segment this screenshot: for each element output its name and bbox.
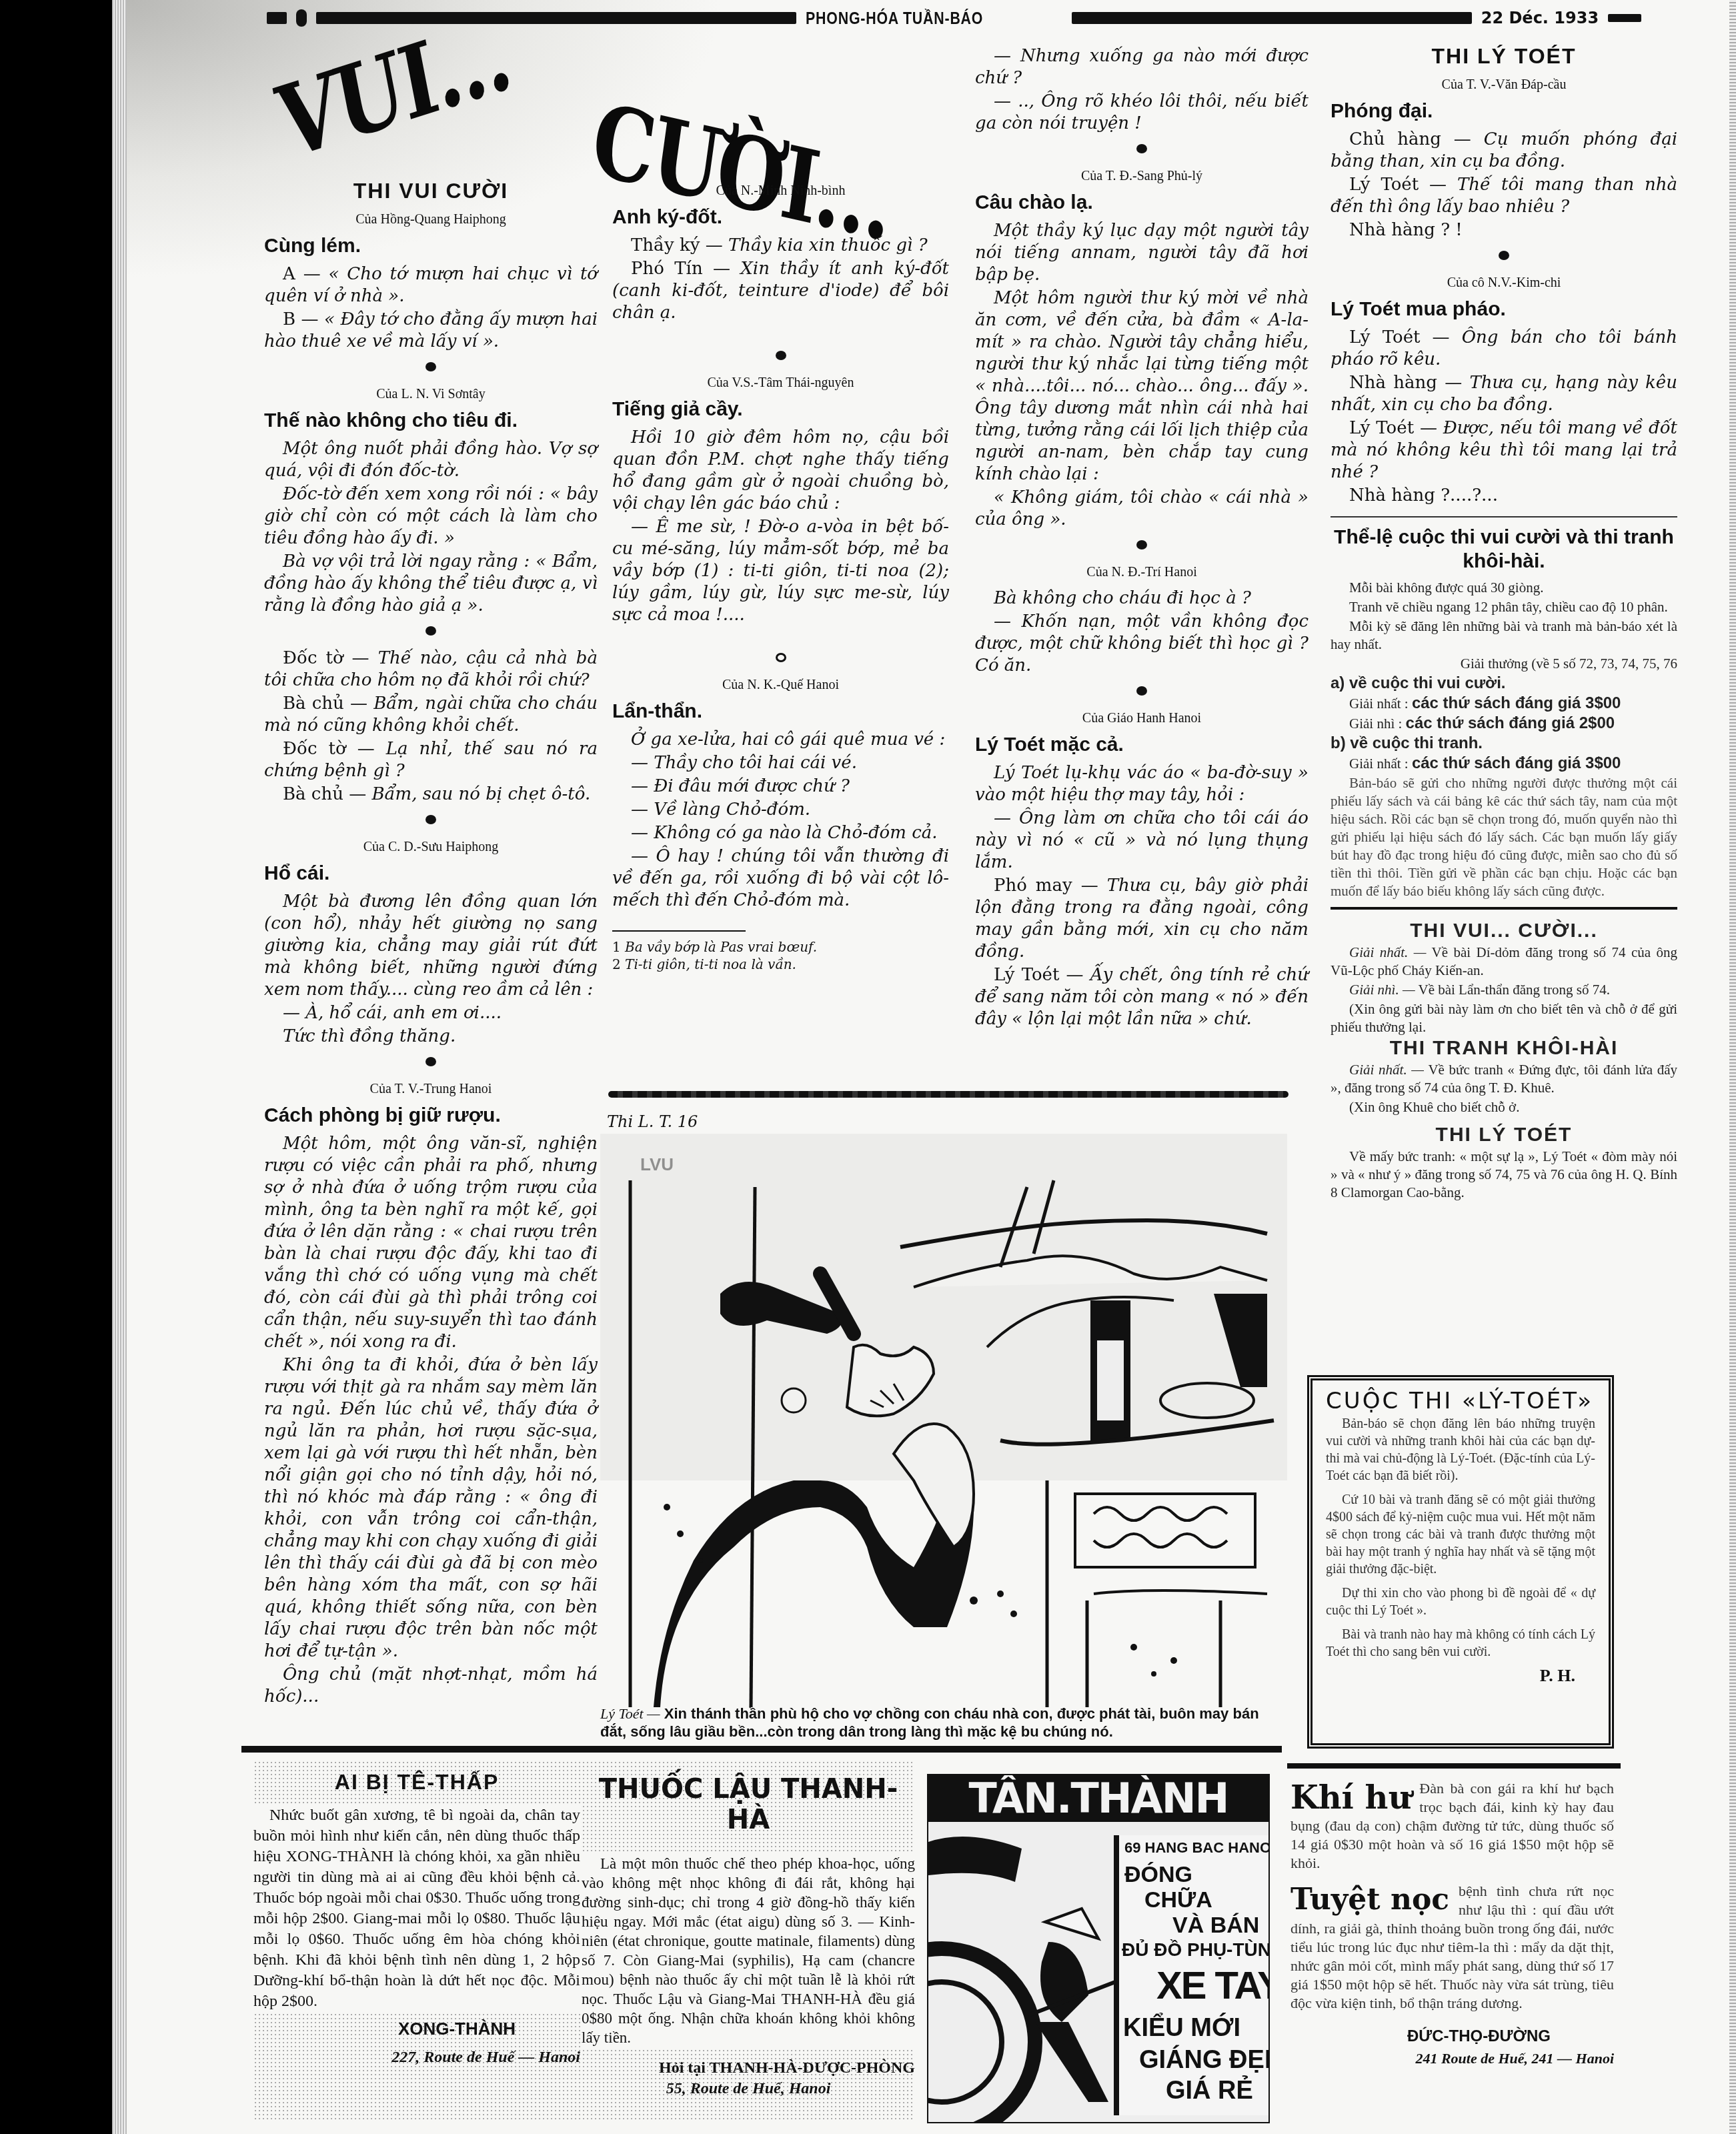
story-title: Cách phòng bị giữ rượu. — [264, 1104, 598, 1126]
ad-address: 69 HANG BAC HANOI — [1124, 1839, 1270, 1857]
paragraph: Đốc-tờ đến xem xong rồi nói : « bây giờ … — [264, 483, 598, 550]
dialogue: Bẩm, sau nó bị chẹt ô-tô. — [371, 784, 590, 804]
notice-paragraph: Cứ 10 bài và tranh đăng sẽ có một giải t… — [1326, 1491, 1595, 1578]
result-text: Về bài Lẩn-thẩn đăng trong số 74. — [1418, 982, 1610, 998]
speaker: B — — [283, 309, 319, 329]
rule-item: Mỗi kỳ sẽ đăng lên những bài và tranh mà… — [1331, 618, 1677, 654]
prize-value: các thứ sách đáng giá 2$00 — [1406, 714, 1615, 732]
story-title: Hổ cái. — [264, 862, 598, 884]
ad-address: 55, Route de Huế, Hanoi — [582, 2080, 915, 2098]
story-title: Cùng lém. — [264, 235, 598, 257]
byline: Của Giáo Hanh Hanoi — [975, 708, 1309, 730]
cartoon-caption: Lý Toét — Xin thánh thần phù hộ cho vợ c… — [600, 1705, 1280, 1741]
ad-thanh-ha: THUỐC LẬU THANH-HÀ Là một môn thuốc chế … — [582, 1761, 915, 2121]
speaker: Chủ hàng — — [1349, 129, 1471, 149]
paragraph: Ông chủ (mặt nhợt-nhạt, mồm há hốc)... — [264, 1664, 598, 1708]
story-title: Phóng đại. — [1331, 100, 1677, 122]
paragraph: — Thầy cho tôi hai cái vé. — [612, 752, 949, 774]
ad-line: ĐÓNG — [1124, 1862, 1192, 1888]
story-title: Thế nào không cho tiêu đi. — [264, 409, 598, 431]
ad-heading: Tuyệt nọc — [1290, 1882, 1449, 1918]
speaker: Lý Toét — — [1349, 175, 1447, 195]
story-title: Lẩn-thẩn. — [612, 700, 949, 722]
result-text: Về mấy bức tranh: « một sự lạ », Lý Toét… — [1331, 1148, 1677, 1202]
byline: Của N. Đ.-Trí Hanoi — [975, 562, 1309, 584]
footnote-text: Ti-ti giôn, ti-ti noa là vần. — [625, 956, 796, 972]
ad-body: Là một môn thuốc chế theo phép khoa-học,… — [582, 1854, 915, 2047]
rules-section: Thể-lệ cuộc thi vui cười và thi tranh kh… — [1331, 516, 1677, 900]
story-title: Tiếng giả cầy. — [612, 398, 949, 420]
ads-top-rule — [241, 1746, 1282, 1753]
ad-title: THUỐC LẬU THANH-HÀ — [582, 1774, 915, 1835]
masthead-rule-left — [316, 12, 796, 24]
paragraph: Bà vợ vội trả lời ngay rằng : « Bẩm, đồn… — [264, 551, 598, 617]
result-label: Giải nhất. — — [1349, 1062, 1424, 1078]
ad-tan-thanh: TÂN.THÀNH 69 HANG BAC HANOI ĐÓNG CHỮA VÀ… — [927, 1774, 1270, 2123]
speaker: A — — [283, 264, 321, 284]
speaker: Bà chủ — — [283, 784, 366, 804]
cartoon-drawing — [600, 1134, 1287, 1707]
prize-label: Giải nhất : — [1349, 696, 1409, 712]
speaker: Nhà hàng ?....?... — [1349, 485, 1498, 505]
paragraph: Lý Toét lụ-khụ vác áo « ba-đờ-suy » vào … — [975, 762, 1309, 806]
story-title: Câu chào lạ. — [975, 191, 1309, 213]
ad-duc-tho-duong: Khí hư Đàn bà con gái ra khí hư bạch trọ… — [1290, 1779, 1614, 2134]
footnote-text: Ba vầy bớp là Pas vrai bœuf. — [625, 939, 817, 955]
masthead-end-ornament — [1608, 14, 1641, 22]
result-label: Giải nhất. — — [1349, 944, 1426, 960]
paragraph: — Ông làm ơn chữa cho tôi cái áo này vì … — [975, 808, 1309, 874]
separator-dot — [1136, 540, 1147, 550]
notice-paragraph: Dự thi xin cho vào phong bì đề ngoài để … — [1326, 1584, 1595, 1619]
ad-brand: ĐỨC-THỌ-ĐƯỜNG — [1344, 2027, 1614, 2046]
masthead-dot — [296, 9, 307, 27]
byline: Của T. Đ.-Sang Phủ-lý — [975, 165, 1309, 187]
paragraph: — Về làng Chỏ-đóm. — [612, 799, 949, 821]
paragraph: — .., Ông rõ khéo lôi thôi, nếu biết ga … — [975, 91, 1309, 135]
speaker: Lý Toét — — [1349, 418, 1437, 438]
byline: Của cô N.V.-Kim-chi — [1331, 272, 1677, 294]
byline: Của T. V.-Văn Đáp-cầu — [1331, 74, 1677, 96]
paragraph: Bà không cho cháu đi học à ? — [975, 588, 1309, 610]
separator-dot — [425, 815, 436, 824]
footnote-number: 1 — [612, 939, 621, 955]
rule-item: Tranh vẽ chiều ngang 12 phân tây, chiều … — [1331, 598, 1677, 616]
scan-black-margin — [0, 0, 112, 2134]
column-1: THI VUI CƯỜI Của Hồng-Quang Haiphong Cùn… — [264, 180, 598, 1709]
paragraph: Một hôm người thư ký mời về nhà ăn cơm, … — [975, 287, 1309, 485]
separator-dot — [1136, 686, 1147, 696]
speaker: Đốc tờ — — [283, 648, 369, 668]
prize-value: các thứ sách đáng giá 3$00 — [1412, 694, 1621, 712]
result-heading: THI LÝ TOÉT — [1331, 1126, 1677, 1144]
paragraph: — Khốn nạn, một vần không đọc được, một … — [975, 611, 1309, 677]
separator-dot — [776, 351, 786, 360]
paragraph: — Ê me sừ, ! Đờ-o a-vòa in bệt bố-cu mé-… — [612, 516, 949, 626]
section-heading: THI LÝ TOÉT — [1331, 45, 1677, 67]
rules-closing: Bản-báo sẽ gửi cho những người được thưở… — [1331, 774, 1677, 900]
paragraph: Một bà đương lên đồng quan lớn (con hổ),… — [264, 891, 598, 1001]
speaker: Thầy ký — — [631, 235, 723, 255]
speaker: Bà chủ — — [283, 694, 367, 714]
result-heading: THI VUI... CƯỜI... — [1331, 922, 1677, 940]
paragraph: Một thầy ký lục dạy một người tây nói ti… — [975, 220, 1309, 286]
paragraph: — Ô hay ! chúng tôi vẫn thường đi về đến… — [612, 846, 949, 912]
masthead-ornament — [267, 12, 287, 24]
prize-category: a) về cuộc thi vui cười. — [1331, 674, 1506, 692]
story-title: Lý Toét mua pháo. — [1331, 298, 1677, 320]
paragraph: Một ông nuốt phải đồng hào. Vợ sợ quá, v… — [264, 438, 598, 482]
prizes-intro: Giải thưởng (về 5 số 72, 73, 74, 75, 76 — [1331, 655, 1677, 673]
speaker: Lý Toét — — [1349, 327, 1450, 347]
ad-xong-thanh: AI BỊ TÊ-THẤP Nhức buốt gân xương, tê bì… — [253, 1761, 580, 2121]
ad-line: GIÁ RẺ — [1166, 2077, 1253, 2105]
notice-paragraph: Bài và tranh nào hay mà không có tính cá… — [1326, 1626, 1595, 1661]
rule-item: Mỗi bài không được quá 30 giòng. — [1331, 579, 1677, 597]
section-heading: THI VUI CƯỜI — [264, 180, 598, 202]
masthead-rule-right — [1072, 12, 1472, 24]
paragraph: Ở ga xe-lửa, hai cô gái quê mua vé : — [612, 729, 949, 751]
scan-right-edge — [1729, 0, 1736, 2134]
speaker: Nhà hàng ? ! — [1349, 220, 1463, 240]
issue-date: 22 Déc. 1933 — [1481, 9, 1599, 27]
ad-address: 227, Route de Huế — Hanoi — [253, 2049, 580, 2067]
speaker: Nhà hàng — — [1349, 373, 1462, 393]
ad-line: CHỮA — [1144, 1887, 1212, 1913]
separator-dot — [425, 626, 436, 636]
ad-line: VÀ BÁN — [1172, 1913, 1259, 1939]
ads-top-rule-right — [1287, 1763, 1621, 1769]
column-4: THI LÝ TOÉT Của T. V.-Văn Đáp-cầu Phóng … — [1331, 45, 1677, 1203]
speaker: Lý Toét — — [994, 965, 1084, 985]
separator-dot — [1499, 251, 1509, 260]
notice-paragraph: Bản-báo sẽ chọn đăng lên báo những truyệ… — [1326, 1415, 1595, 1484]
ad-contact: Hỏi tại THANH-HÀ-DƯỢC-PHÒNG — [582, 2059, 915, 2077]
byline: Của Hồng-Quang Haiphong — [264, 209, 598, 231]
ad-text-panel: 69 HANG BAC HANOI ĐÓNG CHỮA VÀ BÁN ĐỦ ĐỒ… — [1114, 1835, 1270, 2115]
byline: Của C. D.-Sưu Haiphong — [264, 836, 598, 858]
footnote-number: 2 — [612, 956, 621, 972]
caption-text: Xin thánh thần phù hộ cho vợ chồng con c… — [600, 1705, 1259, 1740]
paragraph: Một hôm, một ông văn-sĩ, nghiện rượu có … — [264, 1133, 598, 1353]
ad-line: XE TAY — [1156, 1963, 1270, 2008]
prize-category: b) về cuộc thi tranh. — [1331, 734, 1483, 752]
notice-box-ly-toet: CUỘC THI «LÝ-TOÉT» Bản-báo sẽ chọn đăng … — [1307, 1375, 1614, 1749]
paragraph: Hồi 10 giờ đêm hôm nọ, cậu bồi quan đồn … — [612, 427, 949, 515]
cartoon-entry-label: Thi L. T. 16 — [607, 1112, 698, 1131]
ad-address: 241 Route de Huế, 241 — Hanoi — [1290, 2050, 1614, 2067]
footnotes: 1 Ba vầy bớp là Pas vrai bœuf. 2 Ti-ti g… — [612, 930, 746, 973]
paragraph: — Nhưng xuống ga nào mới được chứ ? — [975, 45, 1309, 89]
paragraph: — Đi đâu mới được chứ ? — [612, 776, 949, 798]
rules-heading: Thể-lệ cuộc thi vui cười và thi tranh kh… — [1331, 525, 1677, 574]
rickshaw-puller-drawing — [928, 1822, 1115, 2122]
ad-body: Nhức buốt gân xương, tê bì ngoài da, châ… — [253, 1805, 580, 2012]
prize-label: Giải nhất : — [1349, 756, 1409, 772]
byline: Của N. K.-Quế Hanoi — [612, 674, 949, 696]
dialogue: Thầy kia xin thuốc gì ? — [728, 235, 928, 255]
notice-title: CUỘC THI «LÝ-TOÉT» — [1326, 1392, 1595, 1410]
ad-brand: XONG-THÀNH — [333, 2019, 580, 2039]
ad-heading: Khí hư — [1290, 1779, 1411, 1817]
byline: Của L. N. Vi Sơntây — [264, 383, 598, 405]
paragraph: « Không giám, tôi chào « cái nhà » của ô… — [975, 487, 1309, 531]
cartoon-illustration: Thi L. T. 16 LVU — [600, 1107, 1287, 1707]
prize-value: các thứ sách đáng giá 3$00 — [1412, 754, 1621, 772]
separator-dot — [425, 362, 436, 371]
prize-label: Giải nhì : — [1349, 716, 1402, 732]
ad-line: GIÁNG ĐẸP — [1139, 2046, 1270, 2075]
ad-line: KIỂU MỚI — [1123, 2014, 1240, 2043]
story-title: Lý Toét mặc cả. — [975, 734, 1309, 756]
result-text: (Xin ông gửi bài này làm ơn cho biết tên… — [1331, 1000, 1677, 1036]
byline: Của N.-Minh Ninh-bình — [612, 180, 949, 202]
notice-signature: P. H. — [1326, 1667, 1575, 1685]
byline: Của T. V.-Trung Hanoi — [264, 1078, 598, 1100]
results-section: THI VUI... CƯỜI... Giải nhất. — Về bài D… — [1331, 907, 1677, 1202]
byline: Của V.S.-Tâm Thái-nguyên — [612, 372, 949, 394]
result-heading: THI TRANH KHÔI-HÀI — [1331, 1039, 1677, 1057]
column-3: — Nhưng xuống ga nào mới được chứ ? — ..… — [975, 45, 1309, 1032]
publication-name: PHONG-HÓA TUẦN-BÁO — [806, 8, 983, 29]
result-text: (Xin ông Khuê cho biết chỗ ở. — [1331, 1098, 1677, 1116]
scan-edge-speckle — [112, 0, 127, 2134]
column-2: Của N.-Minh Ninh-bình Anh ký-đốt. Thầy k… — [612, 180, 949, 973]
paragraph: — À, hổ cái, anh em ơi.... — [264, 1002, 598, 1024]
ad-title: AI BỊ TÊ-THẤP — [253, 1770, 580, 1795]
separator-dot — [425, 1057, 436, 1066]
story-title: Anh ký-đốt. — [612, 206, 949, 228]
separator-dot — [1136, 144, 1147, 153]
page-title: VUI... CƯỜI... — [280, 53, 960, 200]
result-label: Giải nhì. — — [1349, 982, 1415, 998]
separator-ring — [776, 653, 786, 662]
speaker: Đốc tờ — — [283, 739, 375, 759]
ad-brand-banner: TÂN.THÀNH — [928, 1775, 1268, 1822]
cartoon-top-rule — [608, 1091, 1288, 1098]
paragraph: — Không có ga nào là Chỏ-đóm cả. — [612, 822, 949, 844]
speaker: Phó may — — [994, 876, 1098, 896]
paragraph: Khi ông ta đi khỏi, đứa ở bèn lấy rượu v… — [264, 1354, 598, 1663]
caption-speaker: Lý Toét — — [600, 1705, 660, 1722]
ad-line: ĐỦ ĐỒ PHỤ-TÙNG — [1122, 1939, 1270, 1961]
paragraph: Tức thì đồng thăng. — [264, 1026, 598, 1048]
speaker: Phó Tín — — [631, 259, 730, 279]
